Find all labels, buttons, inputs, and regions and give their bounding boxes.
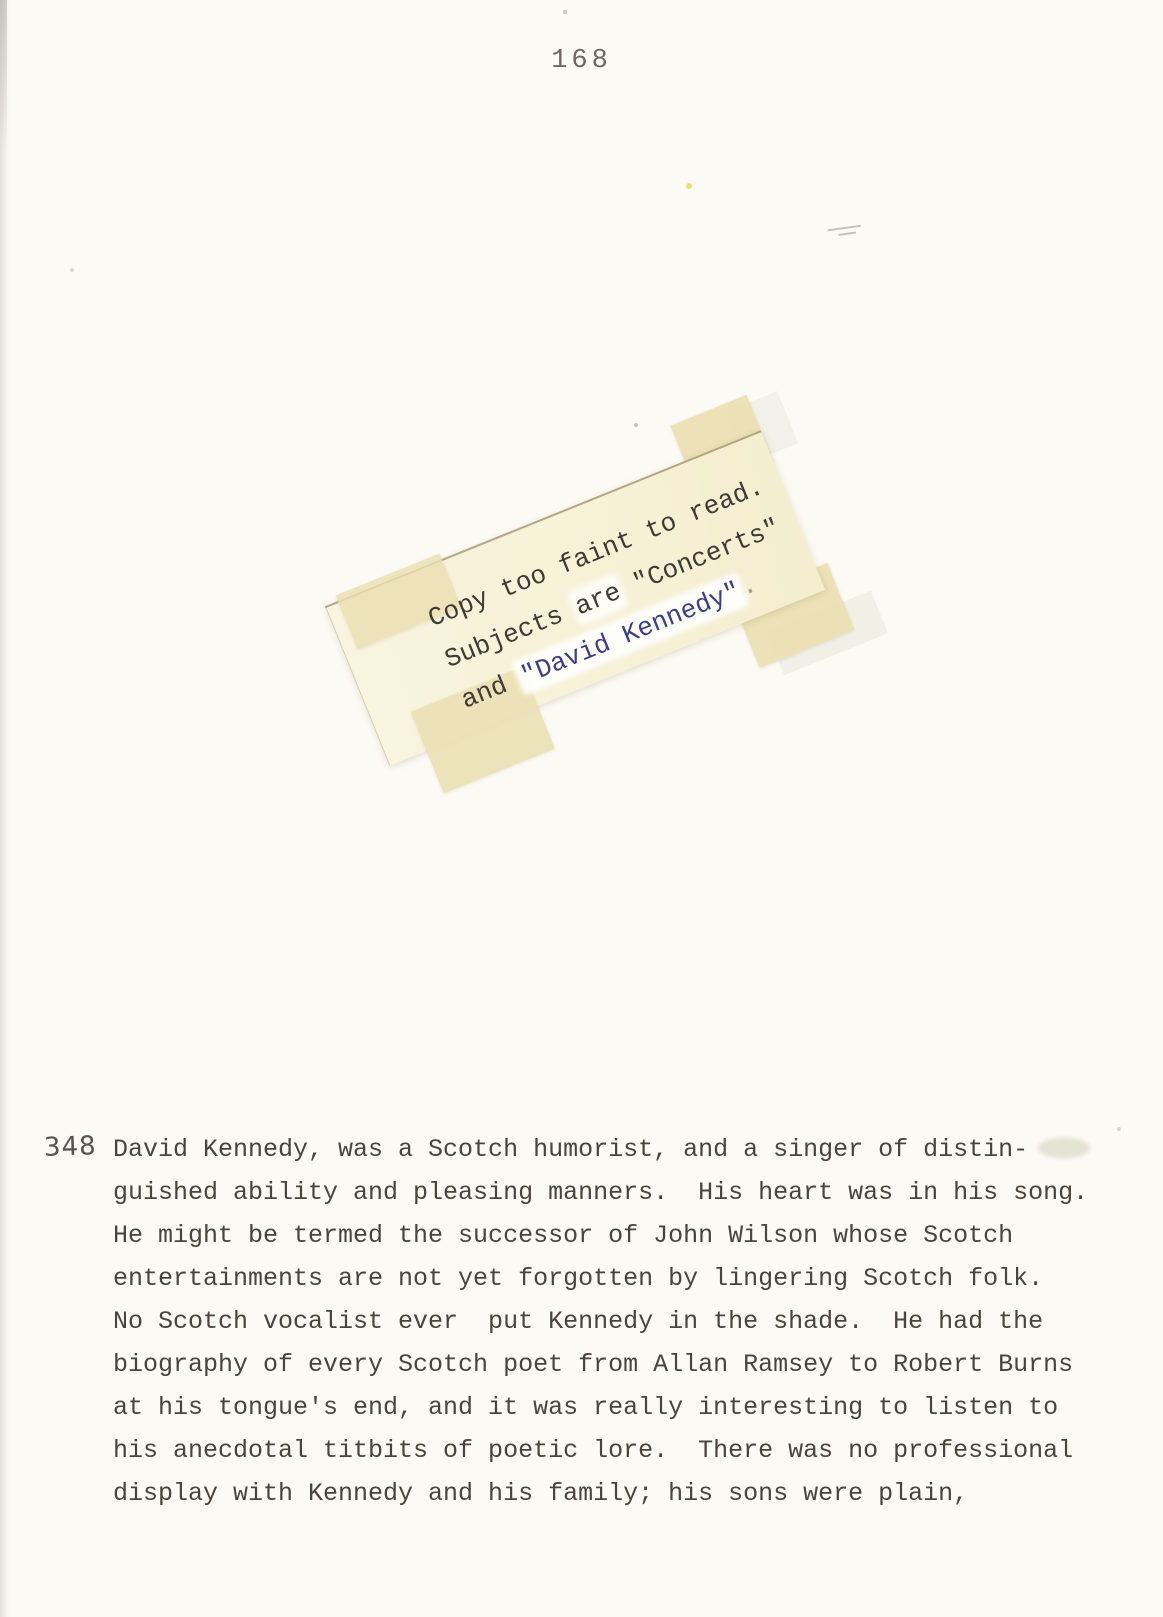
paragraph-line: his anecdotal titbits of poetic lore. Th… xyxy=(113,1429,1113,1472)
paragraph-line: display with Kennedy and his family; his… xyxy=(113,1472,1113,1515)
paragraph-line: at his tongue's end, and it was really i… xyxy=(113,1386,1113,1429)
pasted-note-slip: Copy too faint to read. Subjects are "Co… xyxy=(325,430,825,766)
paper-speck-yellow xyxy=(686,183,692,189)
scanned-document-page: 168 Copy too faint to read. Subjects are… xyxy=(0,0,1163,1617)
paragraph-line: entertainments are not yet forgotten by … xyxy=(113,1257,1113,1300)
margin-item-number: 348 xyxy=(43,1131,97,1163)
ink-smudge xyxy=(1038,1138,1090,1158)
typed-paragraph: David Kennedy, was a Scotch humorist, an… xyxy=(113,1128,1113,1515)
note-typed-text: Copy too faint to read. Subjects are "Co… xyxy=(325,430,825,766)
paragraph-line: He might be termed the successor of John… xyxy=(113,1214,1113,1257)
page-number: 168 xyxy=(551,46,612,76)
scanner-corner-shadow xyxy=(0,0,7,150)
paper-speck xyxy=(634,423,638,427)
pencil-scribble-mark xyxy=(827,225,862,242)
paper-speck xyxy=(1117,1127,1121,1131)
paragraph-line: No Scotch vocalist ever put Kennedy in t… xyxy=(113,1300,1113,1343)
paper-speck xyxy=(70,268,74,272)
paragraph-line: guished ability and pleasing manners. Hi… xyxy=(113,1171,1113,1214)
scanner-edge-artifact xyxy=(0,0,9,1617)
paragraph-line: biography of every Scotch poet from Alla… xyxy=(113,1343,1113,1386)
paper-speck xyxy=(563,10,567,14)
paragraph-line: David Kennedy, was a Scotch humorist, an… xyxy=(113,1128,1113,1171)
